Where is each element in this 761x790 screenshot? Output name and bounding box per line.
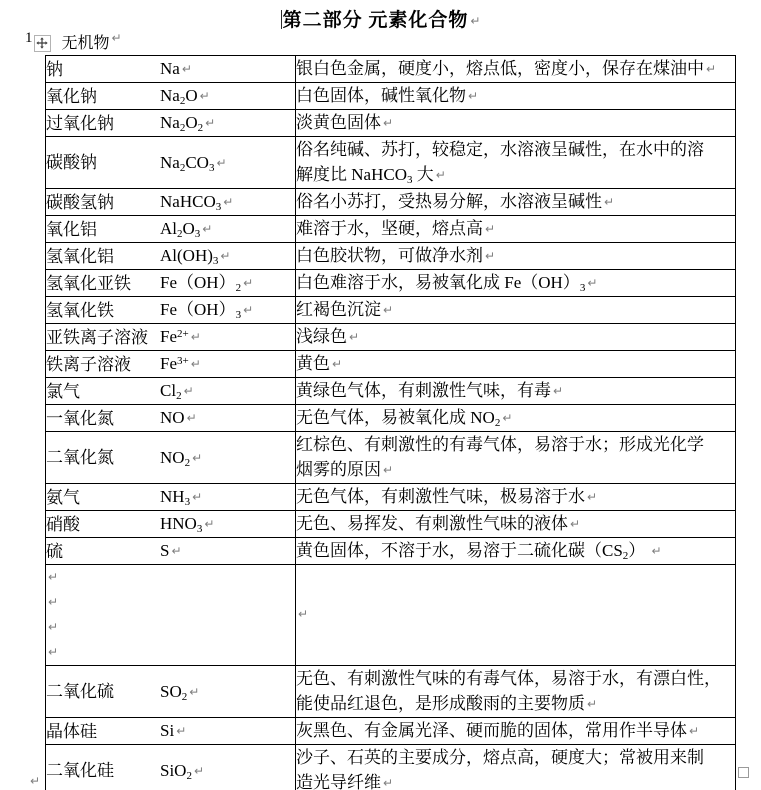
description-cell[interactable]: 白色胶状物，可做净水剂↵ <box>296 243 736 270</box>
paragraph-mark: ↵ <box>184 384 194 398</box>
paragraph-mark: ↵ <box>187 411 197 425</box>
description-cell[interactable]: 黄绿色气体，有刺激性气味，有毒↵ <box>296 378 736 405</box>
description-cell[interactable]: 红褐色沉淀↵ <box>296 297 736 324</box>
table-row: 亚铁离子溶液Fe2+↵浅绿色↵ <box>46 324 736 351</box>
table-row: 氧化钠Na2O↵白色固体，碱性氧化物↵ <box>46 83 736 110</box>
table-row: 氧化铝Al2O3↵难溶于水，坚硬，熔点高↵ <box>46 216 736 243</box>
compound-description: 无色气体，易被氧化成 NO2↵ <box>296 405 735 431</box>
table-row: 氢氧化铁Fe（OH）3↵红褐色沉淀↵ <box>46 297 736 324</box>
paragraph-mark: ↵ <box>216 156 226 170</box>
compound-description: 黄色↵ <box>296 351 735 377</box>
compound-description: 俗名纯碱、苏打，较稳定，水溶液呈碱性，在水中的溶解度比 NaHCO3 大↵ <box>296 137 735 188</box>
compound-formula: Fe3+↵ <box>160 351 295 377</box>
compound-description: 黄色固体，不溶于水，易溶于二硫化碳（CS2） ↵ <box>296 538 735 564</box>
compound-name: 氯气 <box>46 379 160 404</box>
table-row: 硫S↵黄色固体，不溶于水，易溶于二硫化碳（CS2） ↵ <box>46 538 736 565</box>
compound-formula: Na2O↵ <box>160 83 295 109</box>
table-row: ↵↵↵↵↵ <box>46 565 736 666</box>
compound-description: 黄绿色气体，有刺激性气味，有毒↵ <box>296 378 735 404</box>
compound-cell[interactable]: 氢氧化亚铁Fe（OH）2↵ <box>46 270 296 297</box>
paragraph-mark: ↵ <box>332 357 342 371</box>
compound-cell[interactable]: 亚铁离子溶液Fe2+↵ <box>46 324 296 351</box>
paragraph-mark: ↵ <box>176 724 186 738</box>
paragraph-mark: ↵ <box>182 62 192 76</box>
compound-name: 一氧化氮 <box>46 406 160 431</box>
table-row: 氨气NH3↵无色气体，有刺激性气味，极易溶于水↵ <box>46 484 736 511</box>
compound-name: 晶体硅 <box>46 719 160 744</box>
paragraph-mark: ↵ <box>48 570 58 584</box>
paragraph-mark: ↵ <box>604 195 614 209</box>
description-cell[interactable]: 无色气体，有刺激性气味，极易溶于水↵ <box>296 484 736 511</box>
description-cell[interactable]: 红棕色、有刺激性的有毒气体，易溶于水；形成光化学烟雾的原因↵ <box>296 432 736 484</box>
page-title: 第二部分 元素化合物 <box>283 10 469 31</box>
compound-formula: NO2↵ <box>160 445 295 471</box>
paragraph-mark: ↵ <box>243 276 253 290</box>
compound-name: 二氧化硫 <box>46 679 160 704</box>
compound-description: 无色气体，有刺激性气味，极易溶于水↵ <box>296 484 735 510</box>
compound-name: 氢氧化铝 <box>46 244 160 269</box>
compound-formula: SiO2↵ <box>160 758 295 784</box>
description-cell[interactable]: 无色、有刺激性气味的有毒气体，易溶于水，有漂白性，能使品红退色，是形成酸雨的主要… <box>296 666 736 718</box>
title-paragraph: 第二部分 元素化合物↵ <box>0 5 761 32</box>
paragraph-mark: ↵ <box>171 544 181 558</box>
paragraph-mark: ↵ <box>192 490 202 504</box>
paragraph-mark: ↵ <box>205 116 215 130</box>
compound-description: 红棕色、有刺激性的有毒气体，易溶于水；形成光化学烟雾的原因↵ <box>296 432 735 483</box>
paragraph-mark: ↵ <box>587 490 597 504</box>
table-row: 硝酸HNO3↵无色、易挥发、有刺激性气味的液体↵ <box>46 511 736 538</box>
compound-cell[interactable]: 氨气NH3↵ <box>46 484 296 511</box>
paragraph-mark: ↵ <box>349 330 359 344</box>
description-cell[interactable]: 白色难溶于水，易被氧化成 Fe（OH）3↵ <box>296 270 736 297</box>
section-label: 无机物 <box>62 35 110 52</box>
table-move-handle-icon[interactable] <box>34 35 51 52</box>
paragraph-mark: ↵ <box>689 724 699 738</box>
compound-name: 氢氧化铁 <box>46 298 160 323</box>
paragraph-mark: ↵ <box>48 620 58 634</box>
compound-description: 沙子、石英的主要成分，熔点高，硬度大；常被用来制造光导纤维↵ <box>296 745 735 790</box>
compound-formula: HNO3↵ <box>160 511 295 537</box>
compound-formula: Fe（OH）2↵ <box>160 270 295 296</box>
compound-name: 氢氧化亚铁 <box>46 271 160 296</box>
compound-name: 二氧化硅 <box>46 758 160 783</box>
paragraph-mark: ↵ <box>652 544 662 558</box>
description-cell[interactable]: 银白色金属，硬度小，熔点低，密度小，保存在煤油中↵ <box>296 56 736 83</box>
compound-name: 铁离子溶液 <box>46 352 160 377</box>
paragraph-mark: ↵ <box>468 89 478 103</box>
description-cell[interactable]: 沙子、石英的主要成分，熔点高，硬度大；常被用来制造光导纤维↵ <box>296 745 736 790</box>
table-row: 氯气Cl2↵黄绿色气体，有刺激性气味，有毒↵ <box>46 378 736 405</box>
compound-cell[interactable]: 碳酸钠Na2CO3↵ <box>46 137 296 189</box>
description-cell[interactable]: 黄色↵ <box>296 351 736 378</box>
compound-description: 无色、有刺激性气味的有毒气体，易溶于水，有漂白性，能使品红退色，是形成酸雨的主要… <box>296 666 735 717</box>
paragraph-mark: ↵ <box>191 357 201 371</box>
paragraph-mark: ↵ <box>112 31 122 45</box>
empty-description-cell[interactable]: ↵ <box>296 565 736 666</box>
compound-name: 氧化铝 <box>46 217 160 242</box>
paragraph-mark: ↵ <box>485 249 495 263</box>
paragraph-mark: ↵ <box>202 222 212 236</box>
table-row: 钠Na↵银白色金属，硬度小，熔点低，密度小，保存在煤油中↵ <box>46 56 736 83</box>
paragraph-mark: ↵ <box>48 595 58 609</box>
paragraph-mark: ↵ <box>470 14 480 28</box>
description-cell[interactable]: 无色气体，易被氧化成 NO2↵ <box>296 405 736 432</box>
paragraph-mark: ↵ <box>30 774 40 788</box>
compound-cell[interactable]: 碳酸氢钠NaHCO3↵ <box>46 189 296 216</box>
empty-left-cell[interactable]: ↵↵↵↵ <box>46 565 296 666</box>
outline-line: 1无机物↵ <box>25 30 122 52</box>
compound-description: 白色难溶于水，易被氧化成 Fe（OH）3↵ <box>296 270 735 296</box>
compound-description: 银白色金属，硬度小，熔点低，密度小，保存在煤油中↵ <box>296 56 735 82</box>
table-row: 二氧化硫SO2↵无色、有刺激性气味的有毒气体，易溶于水，有漂白性，能使品红退色，… <box>46 666 736 718</box>
compound-name: 钠 <box>46 57 160 82</box>
table-row: 氢氧化亚铁Fe（OH）2↵白色难溶于水，易被氧化成 Fe（OH）3↵ <box>46 270 736 297</box>
paragraph-mark: ↵ <box>502 411 512 425</box>
compound-description: 白色固体，碱性氧化物↵ <box>296 83 735 109</box>
table-row: 碳酸氢钠NaHCO3↵俗名小苏打，受热易分解，水溶液呈碱性↵ <box>46 189 736 216</box>
compound-cell[interactable]: 氢氧化铝Al(OH)3↵ <box>46 243 296 270</box>
compound-cell[interactable]: 晶体硅Si↵ <box>46 718 296 745</box>
text-cursor <box>281 10 282 29</box>
compound-description: 浅绿色↵ <box>296 324 735 350</box>
compound-description: 白色胶状物，可做净水剂↵ <box>296 243 735 269</box>
compound-description: 俗名小苏打，受热易分解，水溶液呈碱性↵ <box>296 189 735 215</box>
paragraph-mark: ↵ <box>570 517 580 531</box>
compound-formula: Fe（OH）3↵ <box>160 297 295 323</box>
table-row: 碳酸钠Na2CO3↵俗名纯碱、苏打，较稳定，水溶液呈碱性，在水中的溶解度比 Na… <box>46 137 736 189</box>
paragraph-mark: ↵ <box>192 451 202 465</box>
compound-name: 碳酸氢钠 <box>46 190 160 215</box>
description-cell[interactable]: 灰黑色、有金属光泽、硬而脆的固体，常用作半导体↵ <box>296 718 736 745</box>
compound-name: 硫 <box>46 539 160 564</box>
compound-formula: Al2O3↵ <box>160 216 295 242</box>
paragraph-mark: ↵ <box>383 776 393 790</box>
paragraph-mark: ↵ <box>194 764 204 778</box>
paragraph-mark: ↵ <box>383 463 393 477</box>
paragraph-mark: ↵ <box>200 89 210 103</box>
description-cell[interactable]: 俗名小苏打，受热易分解，水溶液呈碱性↵ <box>296 189 736 216</box>
compound-cell[interactable]: 二氧化氮NO2↵ <box>46 432 296 484</box>
paragraph-mark: ↵ <box>48 645 58 659</box>
compound-name: 二氧化氮 <box>46 445 160 470</box>
paragraph-mark: ↵ <box>298 607 308 621</box>
compound-formula: Cl2↵ <box>160 378 295 404</box>
compound-cell[interactable]: 一氧化氮NO↵ <box>46 405 296 432</box>
compound-cell[interactable]: 钠Na↵ <box>46 56 296 83</box>
compound-formula: S↵ <box>160 538 295 564</box>
compound-name: 过氧化钠 <box>46 111 160 136</box>
compound-formula: SO2↵ <box>160 679 295 705</box>
compound-name: 氧化钠 <box>46 84 160 109</box>
paragraph-mark: ↵ <box>383 303 393 317</box>
compound-description: 难溶于水，坚硬，熔点高↵ <box>296 216 735 242</box>
paragraph-mark: ↵ <box>706 62 716 76</box>
compound-cell[interactable]: 氢氧化铁Fe（OH）3↵ <box>46 297 296 324</box>
paragraph-mark: ↵ <box>436 168 446 182</box>
compound-description: 淡黄色固体↵ <box>296 110 735 136</box>
compound-cell[interactable]: 硫S↵ <box>46 538 296 565</box>
paragraph-mark: ↵ <box>485 222 495 236</box>
paragraph-mark: ↵ <box>587 276 597 290</box>
paragraph-mark: ↵ <box>243 303 253 317</box>
description-cell[interactable]: 难溶于水，坚硬，熔点高↵ <box>296 216 736 243</box>
description-cell[interactable]: 黄色固体，不溶于水，易溶于二硫化碳（CS2） ↵ <box>296 538 736 565</box>
description-cell[interactable]: 浅绿色↵ <box>296 324 736 351</box>
compound-name: 氨气 <box>46 485 160 510</box>
compound-formula: NaHCO3↵ <box>160 189 295 215</box>
compound-formula: Al(OH)3↵ <box>160 243 295 269</box>
paragraph-mark: ↵ <box>223 195 233 209</box>
table-row: 氢氧化铝Al(OH)3↵白色胶状物，可做净水剂↵ <box>46 243 736 270</box>
table-row: 铁离子溶液Fe3+↵黄色↵ <box>46 351 736 378</box>
paragraph-mark: ↵ <box>553 384 563 398</box>
compound-cell[interactable]: 二氧化硫SO2↵ <box>46 666 296 718</box>
table-row: 过氧化钠Na2O2↵淡黄色固体↵ <box>46 110 736 137</box>
description-cell[interactable]: 无色、易挥发、有刺激性气味的液体↵ <box>296 511 736 538</box>
compound-formula: Na2CO3↵ <box>160 150 295 176</box>
compound-formula: NH3↵ <box>160 484 295 510</box>
paragraph-mark: ↵ <box>189 685 199 699</box>
compound-formula: NO↵ <box>160 405 295 431</box>
compound-table: 钠Na↵银白色金属，硬度小，熔点低，密度小，保存在煤油中↵氧化钠Na2O↵白色固… <box>45 55 736 790</box>
list-number: 1 <box>25 30 33 46</box>
compound-cell[interactable]: 铁离子溶液Fe3+↵ <box>46 351 296 378</box>
table-resize-handle[interactable] <box>738 767 749 778</box>
description-cell[interactable]: 白色固体，碱性氧化物↵ <box>296 83 736 110</box>
compound-description: 无色、易挥发、有刺激性气味的液体↵ <box>296 511 735 537</box>
paragraph-mark: ↵ <box>383 116 393 130</box>
compound-cell[interactable]: 二氧化硅SiO2↵ <box>46 745 296 790</box>
paragraph-mark: ↵ <box>191 330 201 344</box>
compound-cell[interactable]: 氧化钠Na2O↵ <box>46 83 296 110</box>
table-row: 二氧化硅SiO2↵沙子、石英的主要成分，熔点高，硬度大；常被用来制造光导纤维↵ <box>46 745 736 790</box>
compound-cell[interactable]: 硝酸HNO3↵ <box>46 511 296 538</box>
paragraph-mark: ↵ <box>587 697 597 711</box>
compound-name: 亚铁离子溶液 <box>46 325 160 350</box>
compound-name: 硝酸 <box>46 512 160 537</box>
paragraph-mark: ↵ <box>204 517 214 531</box>
compound-cell[interactable]: 氯气Cl2↵ <box>46 378 296 405</box>
compound-cell[interactable]: 氧化铝Al2O3↵ <box>46 216 296 243</box>
compound-formula: Na2O2↵ <box>160 110 295 136</box>
table-row: 晶体硅Si↵灰黑色、有金属光泽、硬而脆的固体，常用作半导体↵ <box>46 718 736 745</box>
table-row: 一氧化氮NO↵无色气体，易被氧化成 NO2↵ <box>46 405 736 432</box>
compound-description: 红褐色沉淀↵ <box>296 297 735 323</box>
description-cell[interactable]: 淡黄色固体↵ <box>296 110 736 137</box>
table-row: 二氧化氮NO2↵红棕色、有刺激性的有毒气体，易溶于水；形成光化学烟雾的原因↵ <box>46 432 736 484</box>
paragraph-mark: ↵ <box>220 249 230 263</box>
description-cell[interactable]: 俗名纯碱、苏打，较稳定，水溶液呈碱性，在水中的溶解度比 NaHCO3 大↵ <box>296 137 736 189</box>
compound-name: 碳酸钠 <box>46 150 160 175</box>
compound-formula: Si↵ <box>160 718 295 744</box>
compound-formula: Fe2+↵ <box>160 324 295 350</box>
compound-formula: Na↵ <box>160 56 295 82</box>
compound-cell[interactable]: 过氧化钠Na2O2↵ <box>46 110 296 137</box>
compound-description: 灰黑色、有金属光泽、硬而脆的固体，常用作半导体↵ <box>296 718 735 744</box>
